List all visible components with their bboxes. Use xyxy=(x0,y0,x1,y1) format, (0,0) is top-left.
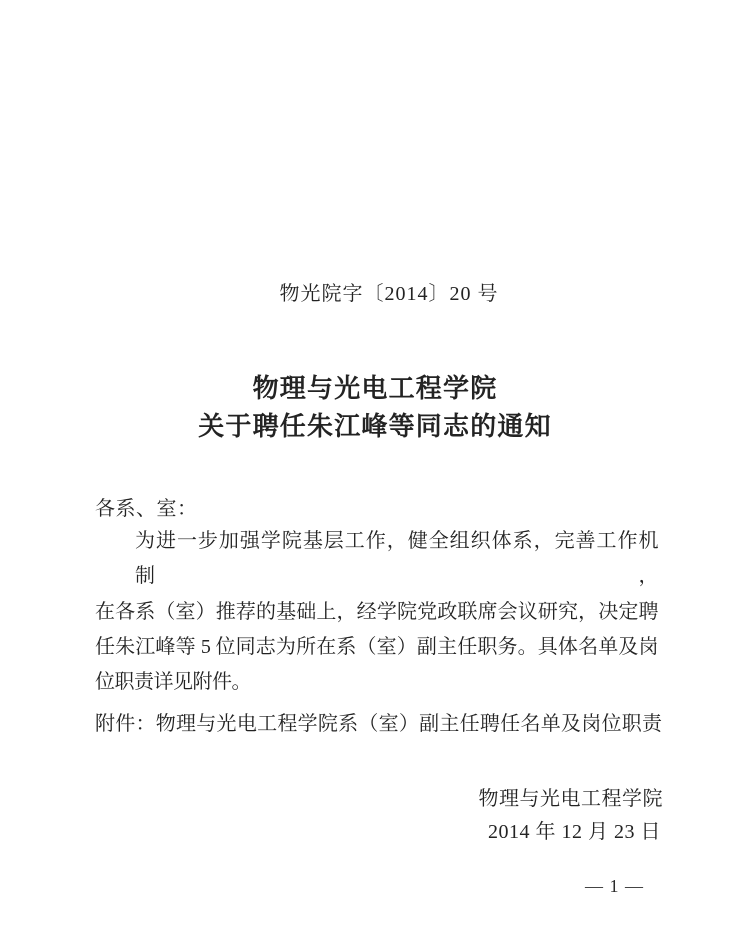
document-title: 物理与光电工程学院 关于聘任朱江峰等同志的通知 xyxy=(0,370,750,446)
document-title-line-1: 物理与光电工程学院 xyxy=(0,370,750,408)
paragraph-line-1: 为进一步加强学院基层工作，健全组织体系，完善工作机制， xyxy=(95,524,658,595)
attachment-line: 附件：物理与光电工程学院系（室）副主任聘任名单及岗位职责 xyxy=(95,707,662,736)
document-title-line-2: 关于聘任朱江峰等同志的通知 xyxy=(0,408,750,446)
page-number: — 1 — xyxy=(585,876,644,897)
issuing-unit-signature: 物理与光电工程学院 xyxy=(479,782,664,811)
salutation: 各系、室： xyxy=(95,492,198,521)
notice-document-page: 物光院字〔2014〕20 号 物理与光电工程学院 关于聘任朱江峰等同志的通知 各… xyxy=(0,0,750,943)
paragraph-line-2: 在各系（室）推荐的基础上，经学院党政联席会议研究，决定聘 xyxy=(95,595,658,630)
paragraph-line-4: 位职责详见附件。 xyxy=(95,665,658,700)
paragraph-line-3: 任朱江峰等 5 位同志为所在系（室）副主任职务。具体名单及岗 xyxy=(95,630,658,665)
document-reference-number: 物光院字〔2014〕20 号 xyxy=(14,277,750,306)
issue-date: 2014 年 12 月 23 日 xyxy=(488,815,661,844)
body-paragraph: 为进一步加强学院基层工作，健全组织体系，完善工作机制， 在各系（室）推荐的基础上… xyxy=(95,524,658,700)
